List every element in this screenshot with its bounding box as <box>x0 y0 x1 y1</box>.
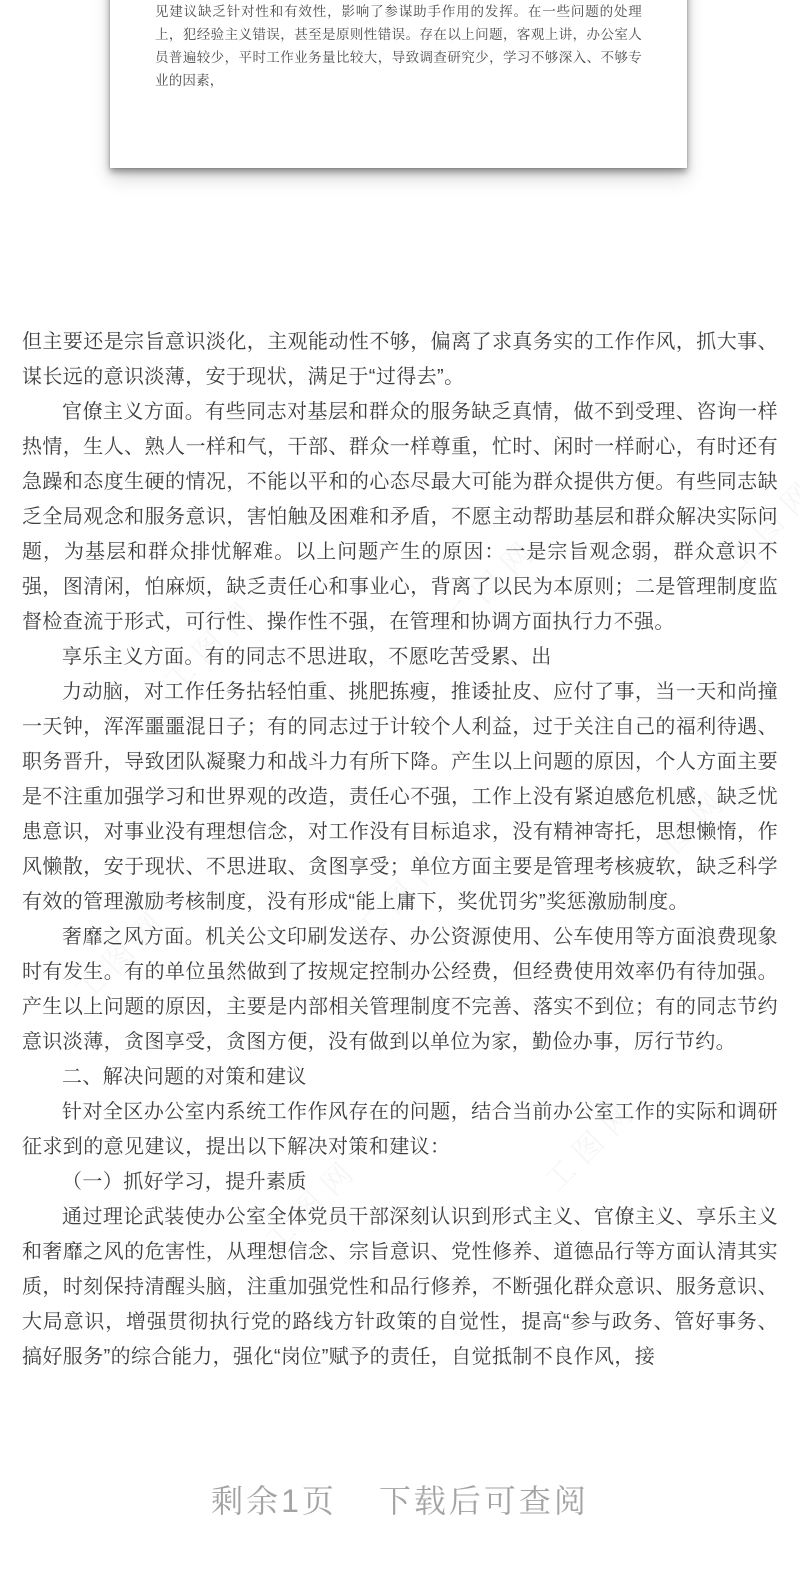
page-preview-text: 见建议缺乏针对性和有效性，影响了参谋助手作用的发挥。在一些问题的处理上，犯经验主… <box>155 0 642 92</box>
paragraph: 享乐主义方面。有的同志不思进取，不愿吃苦受累、出 <box>22 640 778 675</box>
page-preview-card: 见建议缺乏针对性和有效性，影响了参谋助手作用的发挥。在一些问题的处理上，犯经验主… <box>110 0 687 168</box>
remaining-pages-label: 剩余1页 <box>211 1483 337 1519</box>
paragraph: 针对全区办公室内系统工作作风存在的问题，结合当前办公室工作的实际和调研征求到的意… <box>22 1095 778 1165</box>
paragraph: 二、解决问题的对策和建议 <box>22 1060 778 1095</box>
remaining-pages-footer: 剩余1页下载后可查阅 <box>0 1481 800 1521</box>
download-hint-label: 下载后可查阅 <box>379 1483 589 1519</box>
document-preview-page: 工图网工图网工图网工图网工图网工图网工图网工图网 见建议缺乏针对性和有效性，影响… <box>0 0 800 1582</box>
paragraph: 力动脑，对工作任务拈轻怕重、挑肥拣瘦，推诿扯皮、应付了事，当一天和尚撞一天钟，浑… <box>22 675 778 920</box>
document-body: 但主要还是宗旨意识淡化，主观能动性不够，偏离了求真务实的工作作风，抓大事、谋长远… <box>22 325 778 1375</box>
paragraph: 官僚主义方面。有些同志对基层和群众的服务缺乏真情，做不到受理、咨询一样热情，生人… <box>22 395 778 640</box>
paragraph: 奢靡之风方面。机关公文印刷发送存、办公资源使用、公车使用等方面浪费现象时有发生。… <box>22 920 778 1060</box>
paragraph: 通过理论武装使办公室全体党员干部深刻认识到形式主义、官僚主义、享乐主义和奢靡之风… <box>22 1200 778 1375</box>
paragraph: （一）抓好学习，提升素质 <box>22 1165 778 1200</box>
paragraph: 但主要还是宗旨意识淡化，主观能动性不够，偏离了求真务实的工作作风，抓大事、谋长远… <box>22 325 778 395</box>
